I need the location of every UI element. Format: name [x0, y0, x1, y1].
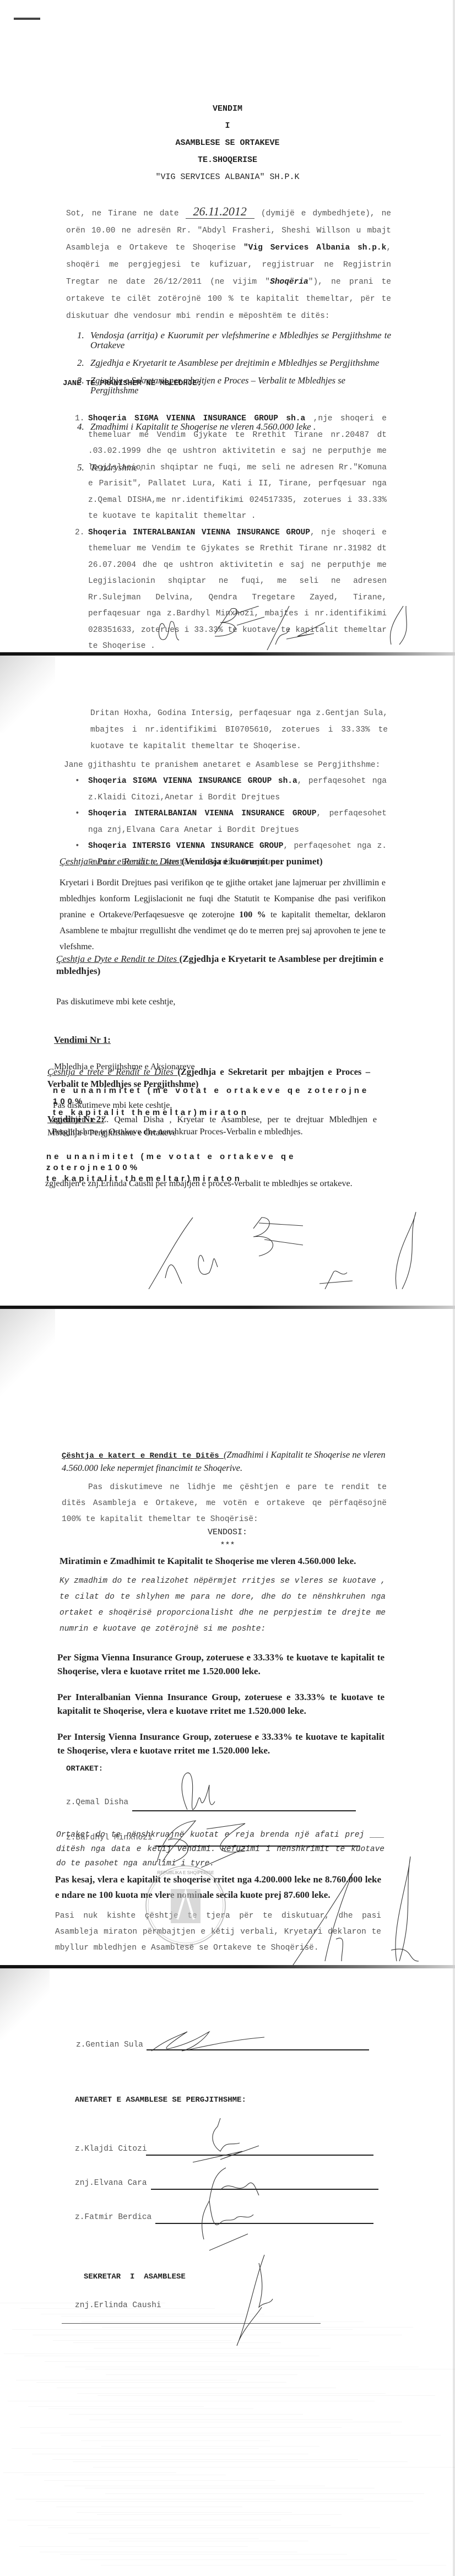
partners-heading: ORTAKET: [66, 1765, 103, 1773]
scan-artifact [48, 2528, 380, 2528]
member-elvana-cara: znj.Elvana Cara [75, 2178, 147, 2189]
scan-artifact [101, 2565, 446, 2566]
decision-2-text: zgjedhjen e znj.Erlinda Caushi per mbajt… [45, 1179, 376, 1189]
scan-artifact [64, 2486, 325, 2486]
scan-artifact [81, 2440, 270, 2441]
scan-artifact [97, 2395, 435, 2396]
document-page-1: VENDIM I ASAMBLESE SE ORTAKEVE TE.SHOQER… [0, 0, 455, 654]
scan-artifact [80, 2559, 397, 2560]
scan-artifact [24, 2475, 226, 2475]
decision-2-assembly: Mbledhja e Pergjithshme e Ortakeve [47, 1128, 176, 1138]
issue-2-discussion: Pas diskutimeve mbi kete ceshtje, [56, 997, 175, 1007]
scan-artifact [12, 2329, 353, 2330]
scan-artifact [105, 2493, 424, 2494]
approval-text: Miratimin e Zmadhimit te Kapitalit te Sh… [59, 1556, 390, 1567]
issue-3-discussion: Pas diskutimeve mbi kete ceshtje, [53, 1101, 172, 1111]
scan-artifact [77, 2393, 386, 2394]
scan-artifact [40, 2552, 297, 2552]
bullet-item: •Shoqeria SIGMA VIENNA INSURANCE GROUP s… [75, 773, 387, 806]
scan-artifact [61, 2435, 441, 2436]
decision-2-title: Vendimi Nr 2: [47, 1114, 104, 1125]
scan-artifact [53, 2340, 231, 2341]
scan-artifact [109, 2541, 308, 2541]
scan-artifact [0, 2303, 165, 2303]
scan-artifact [73, 2342, 281, 2343]
decision-1-title: Vendimi Nr 1: [54, 1035, 111, 1046]
issue-1-body: Kryetari i Bordit Drejtues pasi verifiko… [59, 875, 386, 955]
signatures-page-1 [149, 606, 435, 650]
signatures-page-2 [143, 1206, 430, 1289]
document-title: VENDIM I ASAMBLESE SE ORTAKEVE TE.SHOQER… [0, 100, 455, 186]
scan-artifact [32, 2454, 308, 2454]
scan-artifact [101, 2446, 319, 2447]
signatures-assembly-members [187, 2113, 286, 2256]
scan-artifact [44, 2480, 275, 2481]
title-i: I [0, 117, 455, 134]
scan-artifact [97, 2514, 342, 2515]
assembly-members-heading: ANETARET E ASAMBLESE SE PERGJITHSHME: [75, 2096, 246, 2104]
increase-method: Ky zmadhim do te realizohet nëpërmjet rr… [59, 1573, 386, 1637]
staple-mark [14, 18, 40, 20]
scan-artifact [4, 2353, 270, 2354]
agenda-item: 2.Zgjedhja e Kryetarit te Asamblese per … [77, 358, 391, 368]
partner-qemal-disha: z.Qemal Disha [66, 1797, 128, 1808]
scan-artifact [7, 2520, 281, 2520]
third-issue-heading: Çeshtja e trete e Rendit te Dites (Zgjed… [47, 1066, 370, 1090]
stamp-text: REPUBLIKA E SHQIPERISE [151, 1870, 220, 1875]
allocation-interalbanian: Per Interalbanian Vienna Insurance Group… [57, 1690, 384, 1718]
scan-artifact [36, 2501, 413, 2502]
signature-erlinda-caushi [231, 2252, 281, 2351]
scan-artifact [32, 2335, 402, 2335]
scan-artifact [15, 2499, 364, 2499]
scan-artifact [61, 2316, 314, 2317]
scan-artifact [69, 2414, 303, 2415]
stars-separator: *** [0, 1537, 455, 1554]
member-klajdi-citozi: z.Klajdi Citozi [75, 2144, 147, 2155]
title-company-name: "VIG SERVICES ALBANIA" SH.P.K [0, 169, 455, 186]
secretary-heading: SEKRETAR I ASAMBLESE [84, 2272, 186, 2281]
scan-artifact [20, 2308, 215, 2309]
scan-artifact [41, 2314, 264, 2314]
present-heading: JANË TE PRANISHEM NE MBLEDHJE: [63, 379, 202, 388]
title-company-of: TE.SHOQERISE [0, 151, 455, 169]
scan-artifact [28, 2406, 204, 2407]
scan-artifact [85, 2488, 375, 2488]
scan-artifact [106, 2374, 297, 2375]
scan-artifact [93, 2467, 455, 2467]
scan-artifact [110, 2422, 402, 2422]
scan-artifact [24, 2356, 319, 2356]
scan-artifact [12, 2448, 259, 2449]
member-item: 1.Shoqeria SIGMA VIENNA INSURANCE GROUP … [75, 411, 387, 525]
scan-artifact [82, 2321, 364, 2322]
handwritten-date: 26.11.2012 [186, 204, 254, 219]
agenda-item: 1.Vendosja (arritja) e Kuorumit per vlef… [77, 331, 391, 350]
signature-gentian-sula [149, 2029, 275, 2054]
scan-artifact [57, 2388, 336, 2388]
company-name: "Vig Services Albania sh.p.k [243, 243, 386, 252]
signature-line [62, 2323, 321, 2324]
title-assembly: ASAMBLESE SE ORTAKEVE [0, 134, 455, 151]
scan-artifact [16, 2380, 237, 2380]
scan-artifact [36, 2382, 286, 2383]
scan-artifact [28, 2525, 331, 2526]
member-3-continuation: Dritan Hoxha, Godina Intersig, perfaqesu… [90, 705, 388, 755]
member-fatmir-berdica: z.Fatmir Berdica [75, 2212, 151, 2223]
scan-artifact [60, 2554, 347, 2555]
scan-artifact [68, 2533, 430, 2534]
partner-bardhyl-minxhozi: z.Bardhyl Minxhozi [66, 1832, 153, 1843]
scan-artifact [77, 2512, 292, 2513]
signature-qemal-disha [176, 1768, 226, 1812]
scan-artifact [19, 2546, 248, 2547]
scan-artifact [52, 2459, 358, 2460]
scan-artifact [85, 2369, 455, 2369]
scan-artifact [48, 2409, 253, 2409]
scan-artifact [20, 2427, 342, 2428]
scan-artifact [73, 2461, 408, 2462]
issue-2-heading: Çeshtja e Dyte e Rendit te Dites (Zgjedh… [56, 953, 383, 977]
scan-artifact [3, 2472, 176, 2473]
scan-artifact [40, 2433, 391, 2433]
secretary-erlinda-caushi: znj.Erlinda Caushi [75, 2300, 161, 2311]
intro-paragraph: Sot, ne Tirane ne date 26.11.2012 (dymij… [66, 203, 391, 325]
bullet-item: •Shoqeria INTERALBANIAN VIENNA INSURANCE… [75, 806, 387, 838]
scan-artifact [89, 2420, 353, 2420]
signature-bardhyl-minxhozi [151, 1818, 251, 1868]
issue-1-heading: Çeshtja e Pare e Rendit te Dites (Vendos… [59, 856, 390, 867]
allocation-intersig: Per Intersig Vienna Insurance Group, zot… [57, 1730, 384, 1757]
document-page-4: z.Gentian Sula ANETARET E ASAMBLESE SE P… [0, 1968, 455, 2576]
title-vendim: VENDIM [0, 100, 455, 117]
scan-artifact [65, 2367, 419, 2367]
allocation-sigma: Per Sigma Vienna Insurance Group, zoteru… [57, 1650, 384, 1678]
scan-artifact [56, 2507, 242, 2507]
issue-4-heading: Çështja e katert e Rendit te Ditës (Zmad… [62, 1449, 387, 1474]
partner-gentian-sula: z.Gentian Sula [76, 2039, 143, 2050]
scan-artifact [102, 2327, 413, 2328]
company-stamp [144, 1864, 227, 1947]
signatures-page-3-margin [281, 1851, 424, 1967]
scan-artifact [94, 2348, 331, 2348]
scan-artifact [89, 2539, 259, 2539]
also-present-text: Jane gjithashtu te pranishem anetaret e … [64, 757, 394, 774]
signature-line [132, 1810, 356, 1811]
issue-4-intro: Pas diskutimeve ne lidhje me çështjen e … [62, 1480, 387, 1528]
scan-artifact [45, 2361, 369, 2362]
allocation-list: Per Sigma Vienna Insurance Group, zoteru… [57, 1650, 384, 1757]
scan-artifact [8, 2401, 375, 2401]
